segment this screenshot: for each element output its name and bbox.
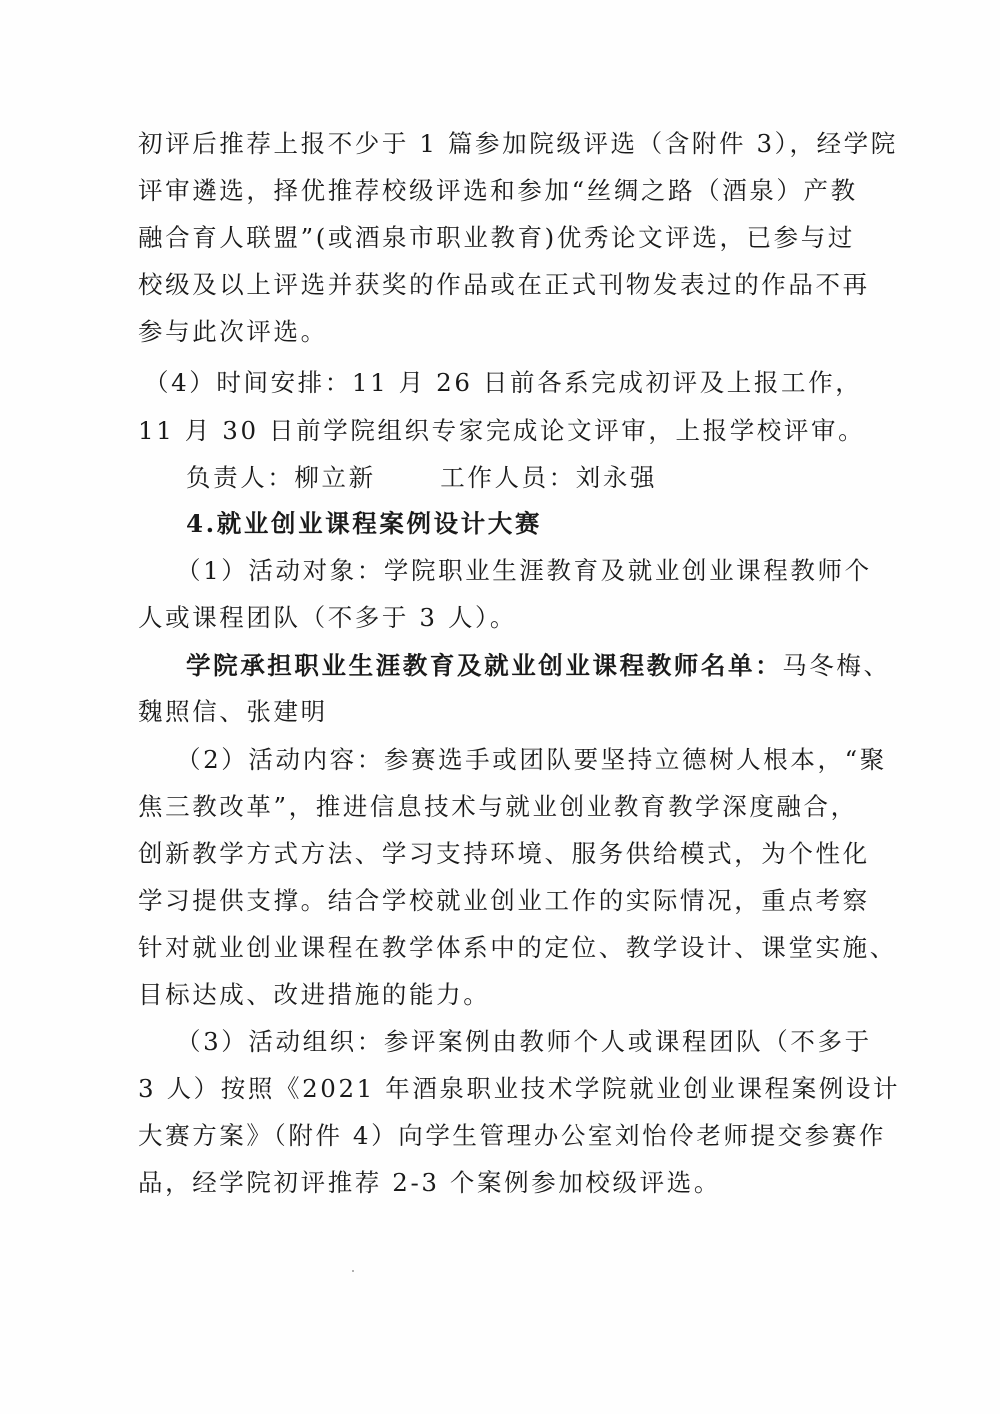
schedule-paragraph-start: （4）时间安排：11 月 26 日前各系完成初评及上报工作， (144, 363, 864, 403)
responsible-persons-line: 负责人：柳立新 工作人员：刘永强 (186, 458, 906, 498)
scan-speck (352, 1270, 354, 1272)
activity-target-paragraph: （1）活动对象：学院职业生涯教育及就业创业课程教师个 (176, 551, 896, 591)
body-line: 焦三教改革”，推进信息技术与就业创业教育教学深度融合， (138, 787, 858, 827)
body-line: 11 月 30 日前学院组织专家完成论文评审，上报学校评审。 (138, 411, 858, 451)
body-line: 品，经学院初评推荐 2-3 个案例参加校级评选。 (138, 1163, 858, 1203)
body-line: 校级及以上评选并获奖的作品或在正式刊物发表过的作品不再 (138, 265, 858, 305)
activity-content-paragraph: （2）活动内容：参赛选手或团队要坚持立德树人根本，“聚 (176, 740, 896, 780)
body-line: 人或课程团队（不多于 3 人）。 (138, 598, 858, 638)
body-line: 参与此次评选。 (138, 312, 858, 352)
teacher-list-label: 学院承担职业生涯教育及就业创业课程教师名单： (186, 651, 782, 680)
activity-organization-paragraph: （3）活动组织：参评案例由教师个人或课程团队（不多于 (176, 1022, 896, 1062)
body-line: 针对就业创业课程在教学体系中的定位、教学设计、课堂实施、 (138, 928, 858, 968)
body-line: 创新教学方式方法、学习支持环境、服务供给模式，为个性化 (138, 834, 858, 874)
body-line: 目标达成、改进措施的能力。 (138, 975, 858, 1015)
body-line: 初评后推荐上报不少于 1 篇参加院级评选（含附件 3），经学院 (138, 124, 858, 164)
body-line: 3 人）按照《2021 年酒泉职业技术学院就业创业课程案例设计 (138, 1069, 858, 1109)
document-page: 初评后推荐上报不少于 1 篇参加院级评选（含附件 3），经学院 评审遴选，择优推… (0, 0, 1000, 1414)
body-line: 大赛方案》（附件 4）向学生管理办公室刘怡伶老师提交参赛作 (138, 1116, 858, 1156)
teacher-names: 马冬梅、 (782, 651, 890, 680)
teacher-names-continued: 魏照信、张建明 (138, 692, 858, 732)
section-heading: 4.就业创业课程案例设计大赛 (186, 504, 906, 544)
body-line: 融合育人联盟”(或酒泉市职业教育)优秀论文评选，已参与过 (138, 218, 858, 258)
body-line: 学习提供支撑。结合学校就业创业工作的实际情况，重点考察 (138, 881, 858, 921)
body-line: 评审遴选，择优推荐校级评选和参加“丝绸之路（酒泉）产教 (138, 171, 858, 211)
teacher-list-line: 学院承担职业生涯教育及就业创业课程教师名单：马冬梅、 (186, 646, 906, 686)
